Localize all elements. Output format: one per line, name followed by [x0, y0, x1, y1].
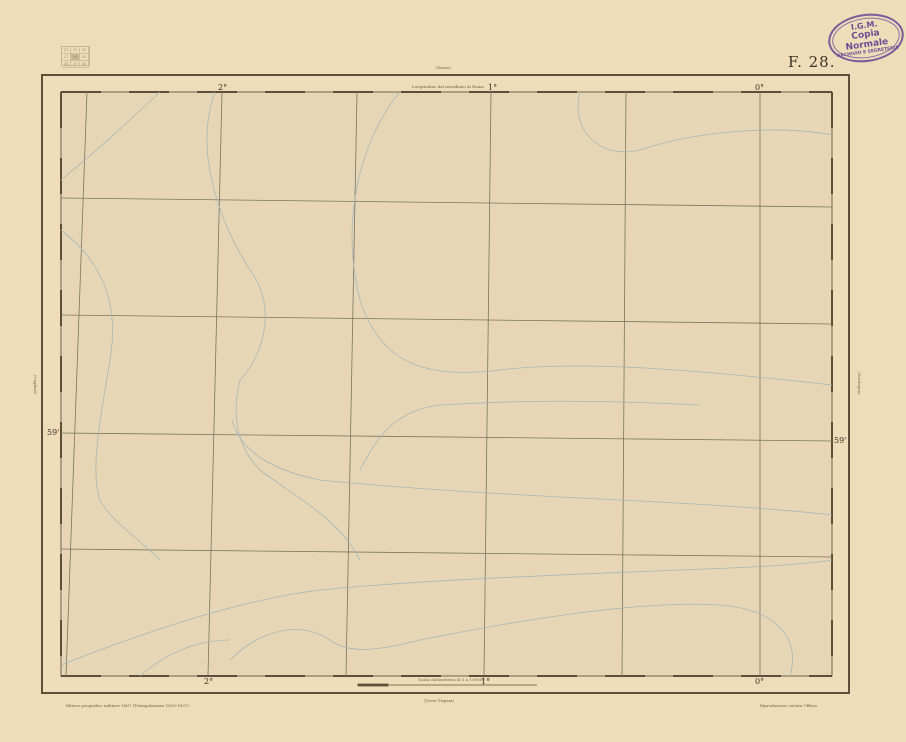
- lon-label-top-0: 0°: [755, 83, 764, 92]
- left-place-label: (Cagliari): [33, 375, 38, 394]
- map-canvas[interactable]: [0, 0, 906, 742]
- footer-right-note: Riproduzione vietata Ufficio: [760, 703, 817, 708]
- right-place-label: (Sardegna): [857, 372, 862, 395]
- bottom-place-label: (Torre Tripani): [424, 698, 454, 703]
- lon-label-top-1: 1°: [488, 83, 497, 92]
- footer-left-note: Rilievo geografico militare 1867 (Triang…: [66, 703, 189, 708]
- lat-label-right: 59': [834, 436, 846, 445]
- lat-label-left: 59': [47, 428, 59, 437]
- lon-label-bottom-0: 0°: [755, 677, 764, 686]
- scale-bar: [358, 684, 537, 686]
- scale-title: Scala chilometrica di 1 a 100000: [418, 677, 485, 682]
- lon-label-top-2: 2°: [218, 83, 227, 92]
- lon-label-bottom-2: 2°: [204, 677, 213, 686]
- map-area: [61, 92, 832, 676]
